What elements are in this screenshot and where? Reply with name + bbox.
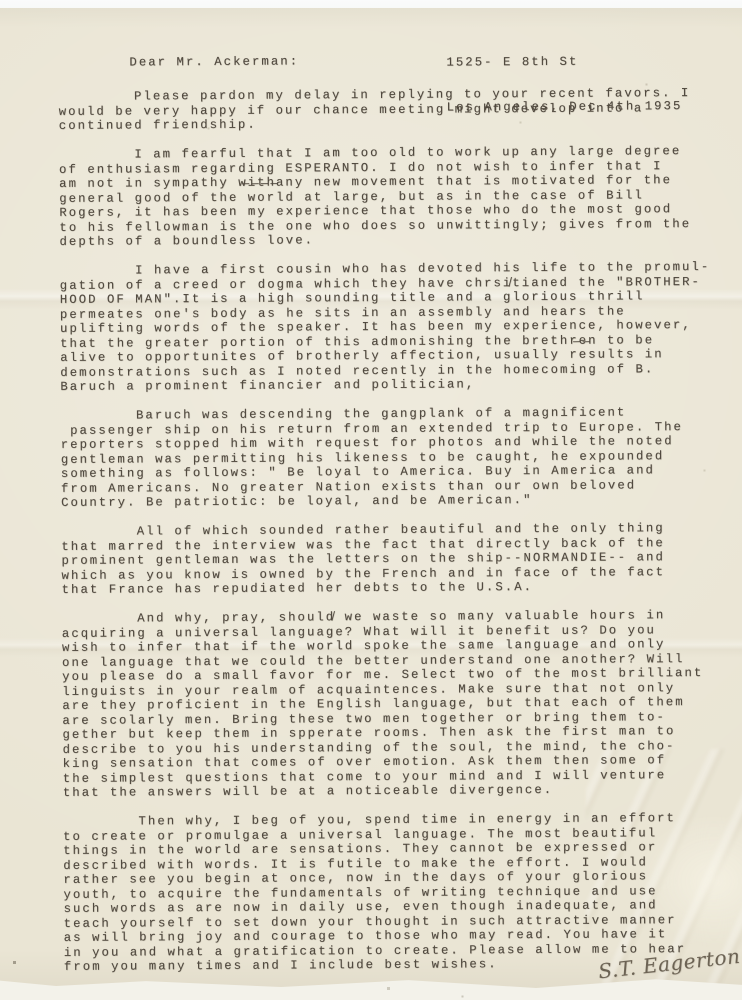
letter-content: 1525- E 8th St Los Angeles, Dec 4th 1935… (0, 0, 742, 1000)
paragraph-3: I have a first cousin who has devoted hi… (60, 260, 729, 395)
paragraph-5: All of which sounded rather beautiful an… (61, 521, 729, 598)
paper-specks (0, 0, 1, 1)
letter-body: Please pardon my delay in replying to yo… (59, 86, 732, 989)
salutation: Dear Mr. Ackerman: (129, 54, 299, 70)
paragraph-6: And why, pray, should̸ we waste so many … (62, 608, 731, 801)
address-line-1: 1525- E 8th St (446, 53, 682, 70)
paragraph-1: Please pardon my delay in replying to yo… (59, 86, 727, 134)
paragraph-7: Then why, I beg of you, spend time in en… (63, 811, 732, 975)
paragraph-2: I am fearful that I am too old to work u… (59, 144, 728, 250)
paragraph-4: Baruch was descending the gangplank of a… (60, 405, 729, 511)
